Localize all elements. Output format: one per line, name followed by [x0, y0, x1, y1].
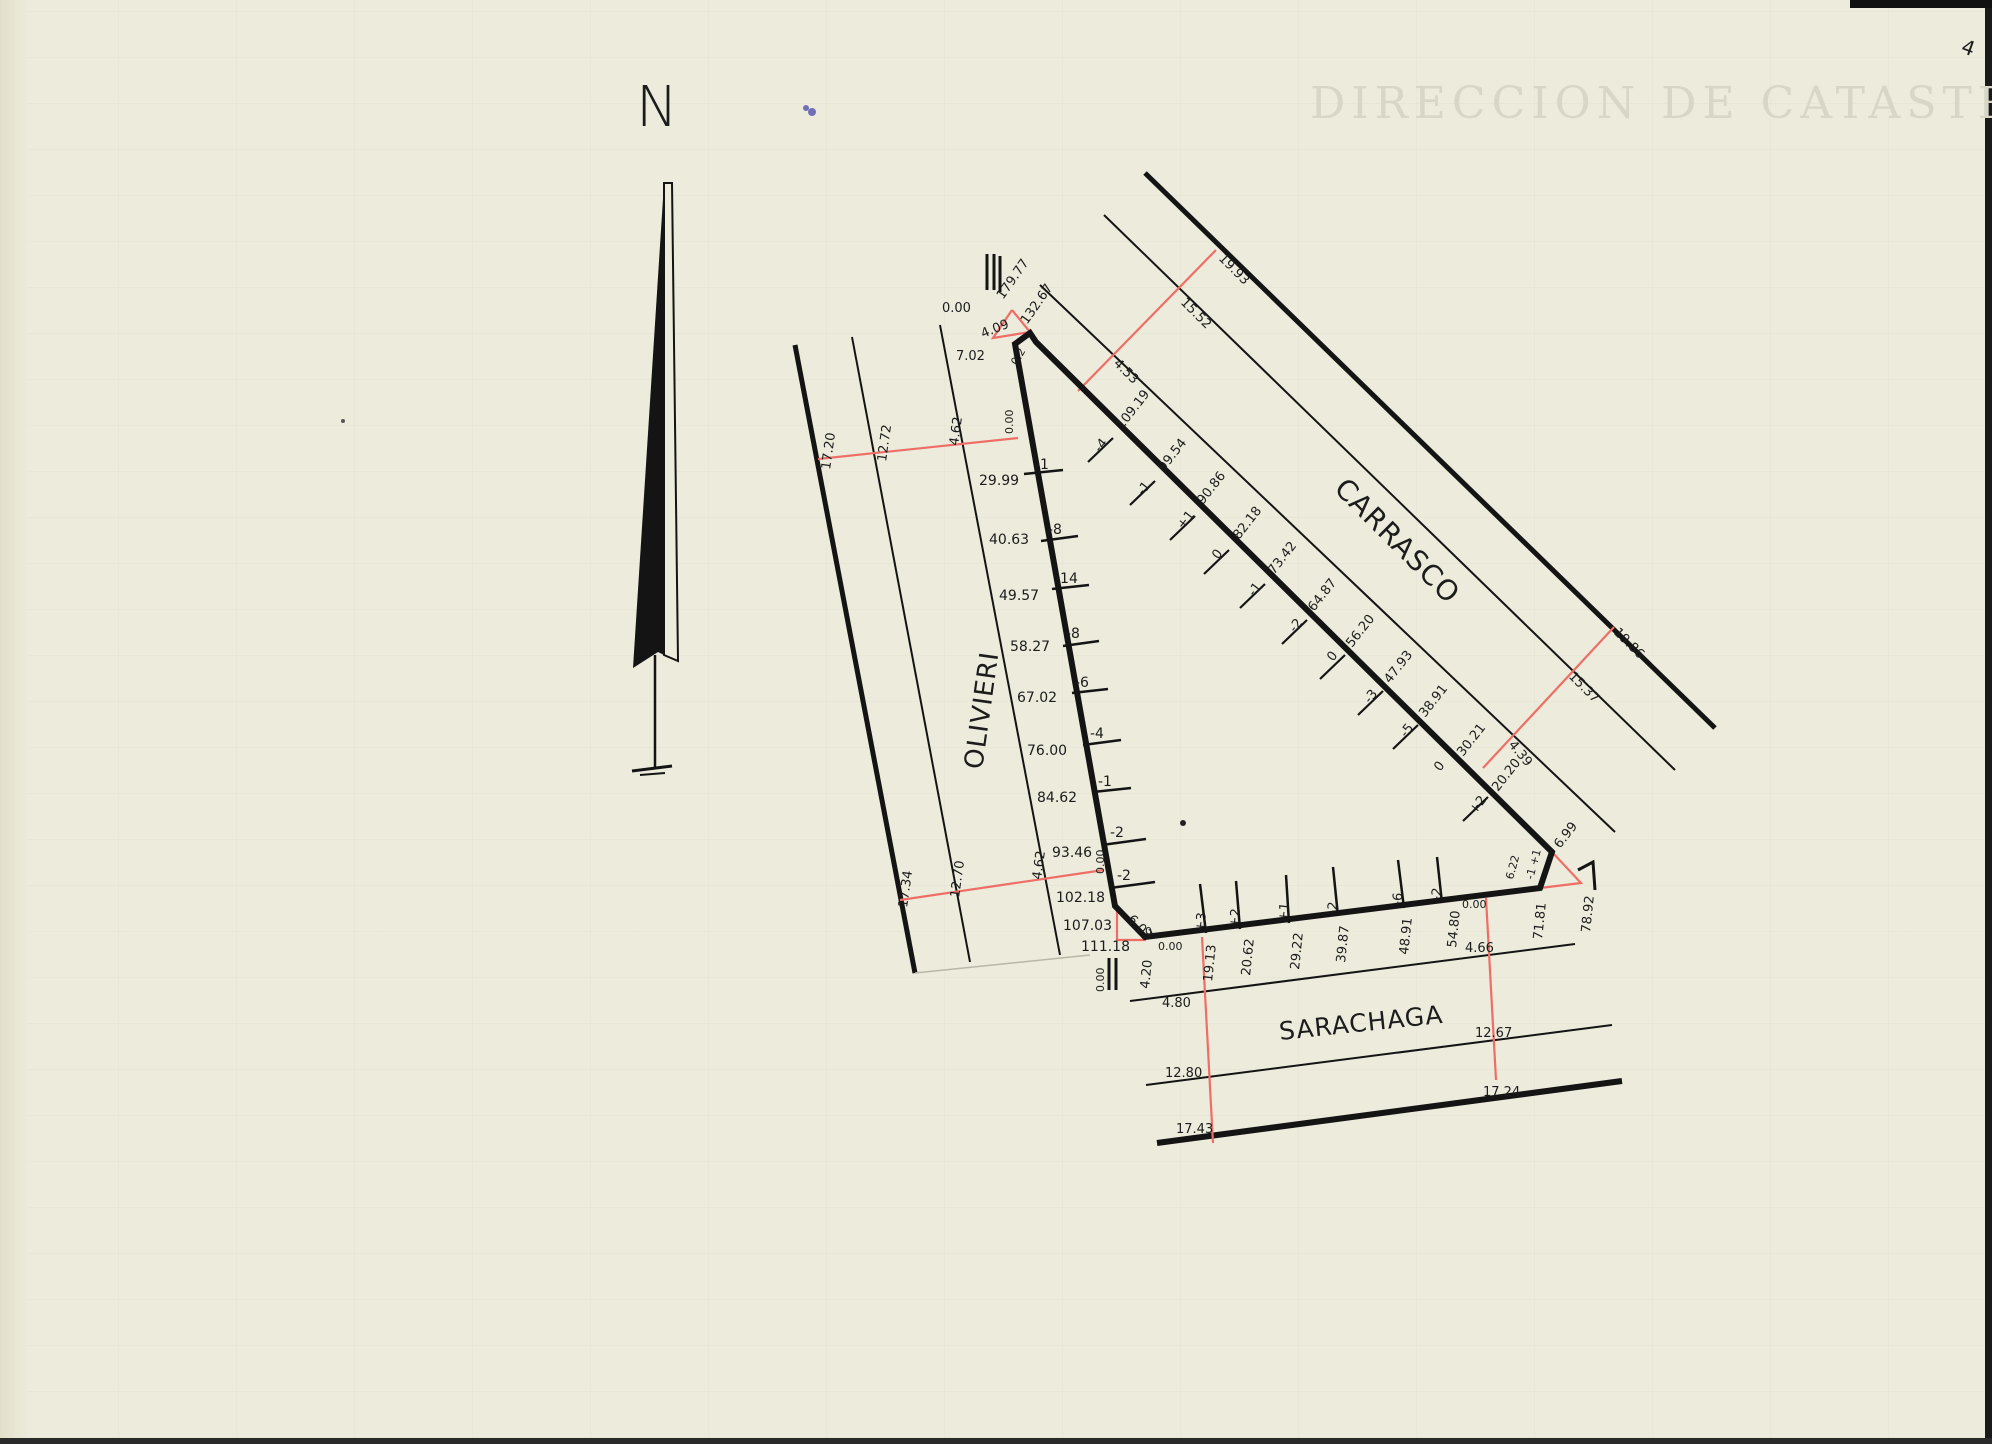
svg-text:99.54: 99.54 — [1155, 436, 1190, 475]
carrasco-station-labels: 109.19 99.54 90.86 82.18 73.42 64.87 56.… — [1113, 387, 1581, 851]
svg-text:-3: -3 — [1361, 687, 1381, 706]
stray-dot — [1180, 820, 1186, 826]
svg-text:67.02: 67.02 — [1017, 690, 1057, 706]
svg-text:12.80: 12.80 — [1165, 1066, 1202, 1081]
svg-text:132.67: 132.67 — [1018, 281, 1056, 327]
street-label-olivieri: OLIVIERI — [959, 650, 1005, 771]
svg-text:93.46: 93.46 — [1052, 845, 1092, 861]
ink-spot — [808, 108, 816, 116]
svg-text:48.91: 48.91 — [1397, 917, 1416, 956]
svg-text:17.20: 17.20 — [819, 432, 839, 471]
parcel-boundary — [1015, 333, 1552, 937]
svg-text:-1: -1 — [1245, 580, 1265, 599]
svg-text:0.00: 0.00 — [1094, 850, 1107, 875]
svg-text:0.00: 0.00 — [1158, 940, 1183, 953]
svg-text:7.02: 7.02 — [956, 349, 985, 364]
stray-dot — [341, 419, 345, 423]
svg-text:0.00: 0.00 — [1462, 898, 1487, 911]
red-reference-lines — [818, 250, 1614, 1143]
svg-text:30.21: 30.21 — [1454, 721, 1489, 760]
vertex-mark-right — [1578, 862, 1595, 890]
svg-text:58.27: 58.27 — [1010, 639, 1050, 655]
svg-text:4.62: 4.62 — [1030, 850, 1049, 881]
svg-text:15.52: 15.52 — [1177, 295, 1214, 332]
svg-text:54.80: 54.80 — [1445, 910, 1464, 949]
svg-text:73.42: 73.42 — [1265, 539, 1300, 578]
svg-text:+1: +1 — [1174, 508, 1198, 532]
svg-text:-8: -8 — [1048, 522, 1062, 538]
svg-text:19.13: 19.13 — [1201, 944, 1220, 983]
olivieri-offset-labels: 17.20 12.72 4.62 0.00 17.34 12.70 4.62 0… — [819, 410, 1107, 909]
svg-text:4.80: 4.80 — [1162, 996, 1191, 1011]
svg-text:0.00: 0.00 — [1094, 968, 1107, 993]
svg-text:20.20: 20.20 — [1489, 756, 1524, 795]
svg-text:71.81: 71.81 — [1531, 902, 1550, 941]
svg-text:109.19: 109.19 — [1113, 387, 1153, 432]
svg-text:39.87: 39.87 — [1334, 925, 1353, 964]
svg-text:-14: -14 — [1055, 571, 1078, 587]
olivieri-level-ticks — [1024, 470, 1155, 888]
svg-text:38.91: 38.91 — [1416, 682, 1451, 721]
svg-text:12.72: 12.72 — [875, 424, 895, 463]
svg-text:107.03: 107.03 — [1063, 918, 1112, 934]
svg-text:-1: -1 — [1035, 457, 1049, 473]
svg-text:0.00: 0.00 — [1003, 410, 1016, 435]
svg-text:0: 0 — [1431, 759, 1448, 775]
svg-text:-1: -1 — [1134, 479, 1154, 498]
street-label-saracchaga: SARACHAGA — [1278, 1000, 1445, 1046]
svg-text:17.34: 17.34 — [896, 870, 916, 909]
svg-text:+3: +3 — [1193, 912, 1210, 933]
north-arrow-shaft-dark — [633, 183, 664, 668]
svg-text:6.99: 6.99 — [1551, 819, 1581, 851]
north-arrow: N — [632, 75, 678, 775]
svg-text:29.22: 29.22 — [1288, 932, 1307, 971]
svg-text:+2: +2 — [1227, 908, 1244, 929]
svg-text:-2: -2 — [1117, 868, 1131, 884]
svg-text:12.67: 12.67 — [1475, 1026, 1512, 1041]
north-arrow-base — [632, 766, 672, 771]
svg-text:64.87: 64.87 — [1305, 576, 1340, 615]
svg-text:0: 0 — [1145, 925, 1152, 938]
ink-spot — [803, 105, 809, 111]
svg-text:90.86: 90.86 — [1194, 469, 1229, 508]
svg-text:-1: -1 — [1098, 774, 1112, 790]
svg-text:78.92: 78.92 — [1579, 895, 1598, 934]
svg-text:-2: -2 — [1429, 887, 1445, 901]
olivieri-station-labels: 29.99 40.63 49.57 58.27 67.02 76.00 84.6… — [979, 473, 1130, 955]
svg-text:+1: +1 — [1276, 902, 1293, 923]
svg-text:15.37: 15.37 — [1565, 669, 1602, 706]
svg-text:47.93: 47.93 — [1381, 648, 1416, 687]
svg-text:-2: -2 — [1286, 616, 1306, 635]
svg-text:-6: -6 — [1075, 675, 1089, 691]
svg-text:6.22: 6.22 — [1503, 854, 1522, 881]
svg-text:-4: -4 — [1091, 436, 1111, 455]
svg-text:-6: -6 — [1390, 892, 1406, 906]
vertex-mark-bottom-left — [1109, 958, 1116, 990]
svg-text:4.53: 4.53 — [1110, 356, 1141, 387]
svg-text:-4: -4 — [1090, 726, 1104, 742]
svg-text:0: 0 — [1209, 547, 1226, 563]
north-arrow-shaft-light — [664, 183, 678, 661]
ghost-header: DIRECCION DE CATASTRO — [1310, 78, 1992, 129]
svg-text:20.62: 20.62 — [1239, 938, 1258, 977]
svg-text:17.24: 17.24 — [1483, 1085, 1520, 1100]
svg-text:4.66: 4.66 — [1465, 941, 1494, 956]
svg-text:111.18: 111.18 — [1081, 939, 1130, 955]
survey-map: DIRECCION DE CATASTRO 4 N — [0, 0, 1992, 1444]
olivieri-level-labels: -1 -8 -14 -8 -6 -4 -1 -2 -2 — [1035, 457, 1131, 884]
svg-text:19.86: 19.86 — [1610, 625, 1647, 662]
svg-text:84.62: 84.62 — [1037, 790, 1077, 806]
svg-text:-2: -2 — [1110, 825, 1124, 841]
svg-text:0.2: 0.2 — [1008, 346, 1028, 368]
svg-text:29.99: 29.99 — [979, 473, 1019, 489]
svg-text:82.18: 82.18 — [1230, 504, 1265, 543]
svg-text:49.57: 49.57 — [999, 588, 1039, 604]
svg-text:0.00: 0.00 — [942, 301, 971, 316]
svg-text:-8: -8 — [1066, 626, 1080, 642]
street-label-carrasco: CARRASCO — [1328, 472, 1467, 611]
svg-text:-2: -2 — [1325, 901, 1341, 915]
carrasco-level-labels: -4 -1 +1 0 -1 -2 0 -3 -5 0 +2 — [1091, 436, 1490, 817]
north-label: N — [636, 75, 678, 140]
corner-mark: 4 — [1958, 34, 1978, 61]
svg-text:56.20: 56.20 — [1343, 612, 1378, 651]
svg-text:-1 +1: -1 +1 — [1523, 848, 1543, 881]
svg-text:40.63: 40.63 — [989, 532, 1029, 548]
svg-text:4.20: 4.20 — [1138, 959, 1156, 989]
svg-text:76.00: 76.00 — [1027, 743, 1067, 759]
svg-text:102.18: 102.18 — [1056, 890, 1105, 906]
svg-text:17.43: 17.43 — [1176, 1122, 1213, 1137]
svg-text:-5: -5 — [1397, 721, 1417, 740]
